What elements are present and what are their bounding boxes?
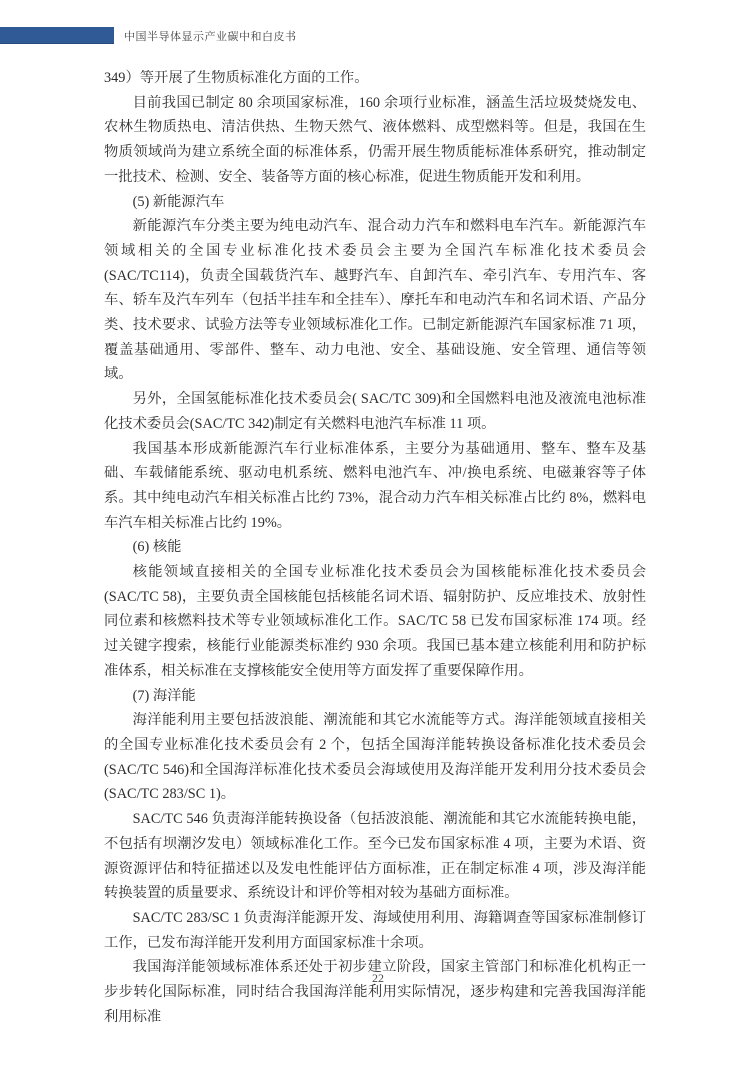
document-header-title: 中国半导体显示产业碳中和白皮书 [124,28,297,44]
body-paragraph: 349）等开展了生物质标准化方面的工作。 [104,66,646,91]
body-paragraph: 新能源汽车分类主要为纯电动汽车、混合动力汽车和燃料电车汽车。新能源汽车领域相关的… [104,214,646,387]
body-paragraph: 海洋能利用主要包括波浪能、潮流能和其它水流能等方式。海洋能领域直接相关的全国专业… [104,708,646,807]
document-body: 349）等开展了生物质标准化方面的工作。目前我国已制定 80 余项国家标准，16… [104,66,646,1029]
body-paragraph: 我国海洋能领域标准体系还处于初步建立阶段，国家主管部门和标准化机构正一步步转化国… [104,955,646,1029]
section-heading: (7) 海洋能 [104,684,646,709]
body-paragraph: 另外，全国氢能标准化技术委员会( SAC/TC 309)和全国燃料电池及液流电池… [104,387,646,436]
body-paragraph: SAC/TC 546 负责海洋能转换设备（包括波浪能、潮流能和其它水流能转换电能… [104,807,646,906]
body-paragraph: 核能领域直接相关的全国专业标准化技术委员会为国核能标准化技术委员会(SAC/TC… [104,560,646,684]
body-paragraph: 我国基本形成新能源汽车行业标准体系，主要分为基础通用、整车、整车及基础、车载储能… [104,437,646,536]
section-heading: (6) 核能 [104,535,646,560]
header-accent-bar [0,27,114,44]
document-page: 中国半导体显示产业碳中和白皮书 349）等开展了生物质标准化方面的工作。目前我国… [0,0,756,1068]
page-number: 22 [0,971,756,986]
body-paragraph: SAC/TC 283/SC 1 负责海洋能源开发、海域使用利用、海籍调查等国家标… [104,906,646,955]
section-heading: (5) 新能源汽车 [104,190,646,215]
body-paragraph: 目前我国已制定 80 余项国家标准，160 余项行业标准，涵盖生活垃圾焚烧发电、… [104,91,646,190]
